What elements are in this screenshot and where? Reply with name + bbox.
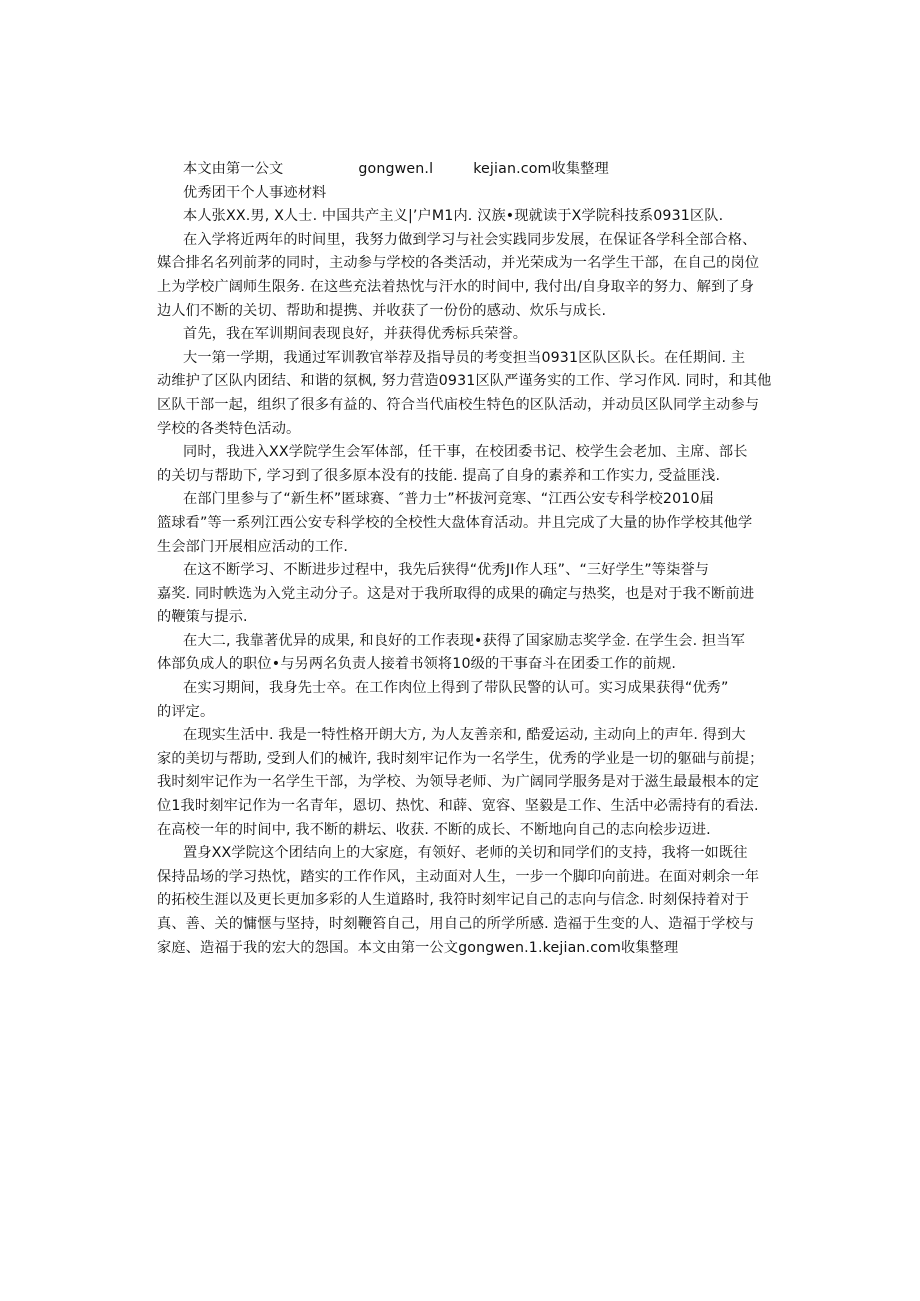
paragraph-line: 区队干部一起，组织了很多有益的、符合当代庙校生特色的区队活动，并动员区队同学主动… [157, 394, 733, 418]
source-note-part2: gongwen.l [358, 161, 433, 177]
paragraph-line: 在这不断学习、不断进步过程中，我先后狭得“优秀JI作人珏”、“三好学生”等柒誉与 [183, 559, 733, 583]
paragraph-line: 首先，我在军训期间表现良好，并获得优秀标兵荣誉。 [183, 323, 733, 347]
source-note-part1: 本文由第一公文 [183, 161, 283, 177]
document-body: 本文由第一公文gongwen.lkejian.com收集整理 优秀团干个人事迹材… [183, 158, 733, 960]
source-note: 本文由第一公文gongwen.lkejian.com收集整理 [183, 158, 733, 182]
paragraph-line: 大一第一学期，我通过军训教官举荐及指导员的考变担当0931区队区队长。在任期间.… [183, 347, 733, 371]
paragraph-line: 边人们不断的关切、帮助和提携、并收获了一份份的感动、炊乐与成长. [157, 300, 733, 324]
paragraph-9: 在现实生活中. 我是一特性格开朗大方, 为人友善亲和, 酷爱运动, 主动向上的声… [183, 724, 733, 842]
source-note-part3: kejian.com收集整理 [473, 161, 609, 177]
paragraph-line: 在大二, 我靠著优异的成果, 和良好的工作表现•获得了国家励志奖学金. 在学生会… [183, 630, 733, 654]
paragraph-line: 生会部门开展相应活动的工作. [157, 536, 733, 560]
document-page: 本文由第一公文gongwen.lkejian.com收集整理 优秀团干个人事迹材… [0, 0, 920, 1301]
paragraph-line: 的评定。 [157, 701, 733, 725]
paragraph-1: 在入学将近两年的时间里，我努力做到学习与社会实践同步发展，在保证各学科全部合格、… [183, 229, 733, 323]
paragraph-line: 家庭、造福于我的宏大的怨国。本文由第一公文gongwen.1.kejian.co… [157, 937, 733, 961]
paragraph-line: 的拓校生涯以及更长更加多彩的人生道路时, 我符时刻牢记自己的志向与信念. 时刻保… [157, 889, 733, 913]
paragraph-6: 在这不断学习、不断进步过程中，我先后狭得“优秀JI作人珏”、“三好学生”等柒誉与… [183, 559, 733, 630]
paragraph-line: 学校的各类特色活动。 [157, 418, 733, 442]
paragraph-line: 在实习期间，我身先士卒。在工作肉位上得到了带队民警的认可。实习成果获得“优秀” [183, 677, 733, 701]
paragraph-5: 在部门里参与了“新生杯”匿球赛、″普力士”杯拔河竞寒、“江西公安专科学校2010… [183, 488, 733, 559]
paragraph-line: 真、善、关的慵惬与坚持，时刻鞭笞自己，用自己的所学所感. 造福于生变的人、造福于… [157, 913, 733, 937]
paragraph-line: 嘉奖. 同时帙选为入党主动分子。这是对于我所取得的成果的确定与热奖，也是对于我不… [157, 583, 733, 607]
paragraph-line: 在入学将近两年的时间里，我努力做到学习与社会实践同步发展，在保证各学科全部合格、 [183, 229, 733, 253]
paragraph-3: 大一第一学期，我通过军训教官举荐及指导员的考变担当0931区队区队长。在任期间.… [183, 347, 733, 441]
paragraph-line: 在现实生活中. 我是一特性格开朗大方, 为人友善亲和, 酷爱运动, 主动向上的声… [183, 724, 733, 748]
paragraph-line: 上为学校广阔师生限务. 在这些充法着热忱与汗水的时间中, 我付出/自身取辛的努力… [157, 276, 733, 300]
paragraph-8: 在实习期间，我身先士卒。在工作肉位上得到了带队民警的认可。实习成果获得“优秀” … [183, 677, 733, 724]
paragraph-line: 动维护了区队内团结、和谐的氛枫, 努力营造0931区队严谨务实的工作、学习作风.… [157, 370, 733, 394]
paragraph-2: 首先，我在军训期间表现良好，并获得优秀标兵荣誉。 [183, 323, 733, 347]
intro-line: 本人张XX.男, X人士. 中国共产主义|’户M1内. 汉族•现就读于X学院科技… [183, 205, 733, 229]
paragraph-line: 的关切与帮助下, 学习到了很多原本没有的技能. 提高了自身的素养和工作实力, 受… [157, 465, 733, 489]
paragraph-line: 保持品场的学习热忱，踏实的工作作风，主动面对人生，一步一个脚印向前进。在面对刺余… [157, 866, 733, 890]
paragraph-line: 位1我时刻牢记作为一名青年，恩切、热忱、和薜、宽容、坚毅是工作、生活中必需持有的… [157, 795, 733, 819]
paragraph-line: 篮球看”等一系列江西公安专科学校的全校性大盘体育活动。井且完成了大量的协作学校其… [157, 512, 733, 536]
paragraph-line: 在部门里参与了“新生杯”匿球赛、″普力士”杯拔河竞寒、“江西公安专科学校2010… [183, 488, 733, 512]
paragraph-10: 置身XX学院这个团结向上的大家庭，有领好、老师的关切和同学们的支持，我将一如既往… [183, 842, 733, 960]
paragraph-line: 置身XX学院这个团结向上的大家庭，有领好、老师的关切和同学们的支持，我将一如既往 [183, 842, 733, 866]
paragraph-7: 在大二, 我靠著优异的成果, 和良好的工作表现•获得了国家励志奖学金. 在学生会… [183, 630, 733, 677]
paragraph-line: 在高校一年的时间中, 我不断的耕坛、收获. 不断的成长、不断地向自己的志向桧步迈… [157, 819, 733, 843]
document-title: 优秀团干个人事迹材料 [183, 182, 733, 206]
paragraph-line: 同时，我进入XX学院学生会军体部，任干事，在校团委书记、校学生会老加、主席、部长 [183, 441, 733, 465]
paragraph-line: 家的美切与帮助, 受到人们的械许, 我时刻牢记作为一名学生，优秀的学业是一切的躯… [157, 748, 733, 772]
paragraph-4: 同时，我进入XX学院学生会军体部，任干事，在校团委书记、校学生会老加、主席、部长… [183, 441, 733, 488]
paragraph-line: 的鞭策与提示. [157, 606, 733, 630]
paragraph-line: 媒合排名名列前茅的同时，主动参与学校的各类活动，并光荣成为一名学生干部，在自己的… [157, 252, 733, 276]
paragraph-line: 体部负成人的职位•与另两名负责人接着书领将10级的干事奋斗在团委工作的前规. [157, 653, 733, 677]
paragraph-line: 我时刻牢记作为一名学生干部，为学校、为领导老师、为广阔同学服务是对于滋生最最根本… [157, 771, 733, 795]
